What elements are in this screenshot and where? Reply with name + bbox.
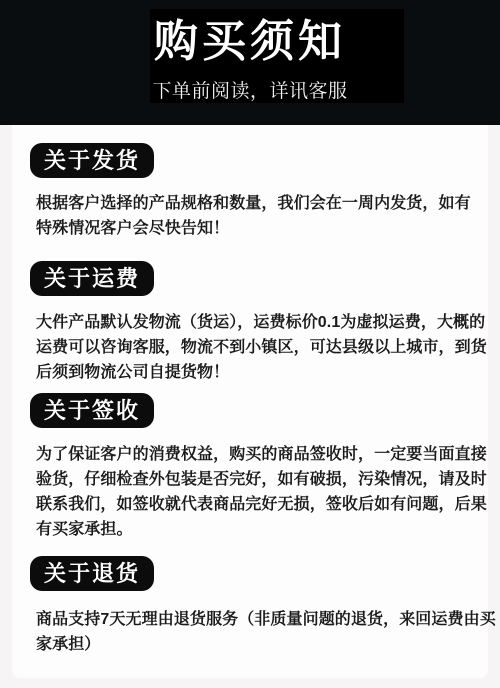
paragraph-line: 大件产品默认发物流（货运），运费标价0.1为虚拟运费，大概的 xyxy=(36,310,480,335)
notice-content-card: 关于发货 根据客户选择的产品规格和数量，我们会在一周内发货，如有 特殊情况客户会… xyxy=(12,125,488,678)
paragraph-line: 为了保证客户的消费权益，购买的商品签收时，一定要当面直接 xyxy=(36,442,480,467)
section-label-freight: 关于运费 xyxy=(30,261,154,296)
page-subtitle: 下单前阅读，详讯客服 xyxy=(0,76,500,103)
page-title: 购买须知 xyxy=(0,17,500,68)
section-label-shipping: 关于发货 xyxy=(30,143,154,178)
section-body-receipt: 为了保证客户的消费权益，购买的商品签收时，一定要当面直接 验货，仔细检查外包装是… xyxy=(36,442,480,542)
section-body-freight: 大件产品默认发物流（货运），运费标价0.1为虚拟运费，大概的 运费可以咨询客服，… xyxy=(36,310,480,385)
paragraph-line: 联系我们，如签收就代表商品完好无损，签收后如有问题，后果 xyxy=(36,492,480,517)
paragraph-line: 有买家承担。 xyxy=(36,517,480,542)
paragraph-line: 商品支持7天无理由退货服务（非质量问题的退货，来回运费由买 xyxy=(36,607,480,632)
purchase-notice-page: { "page": { "background_color": "#f6f4f5… xyxy=(0,0,500,688)
header-banner: 购买须知 下单前阅读，详讯客服 xyxy=(0,0,500,125)
paragraph-line: 根据客户选择的产品规格和数量，我们会在一周内发货，如有 xyxy=(36,191,480,216)
section-label-returns: 关于退货 xyxy=(30,556,154,591)
section-label-receipt: 关于签收 xyxy=(30,393,154,428)
section-body-returns: 商品支持7天无理由退货服务（非质量问题的退货，来回运费由买 家承担） xyxy=(36,607,480,657)
paragraph-line: 运费可以咨询客服，物流不到小镇区，可达县级以上城市，到货 xyxy=(36,335,480,360)
paragraph-line: 家承担） xyxy=(36,632,480,657)
paragraph-line: 特殊情况客户会尽快告知！ xyxy=(36,216,480,241)
paragraph-line: 验货，仔细检查外包装是否完好，如有破损，污染情况，请及时 xyxy=(36,467,480,492)
section-body-shipping: 根据客户选择的产品规格和数量，我们会在一周内发货，如有 特殊情况客户会尽快告知！ xyxy=(36,191,480,241)
paragraph-line: 后须到物流公司自提货物！ xyxy=(36,360,480,385)
